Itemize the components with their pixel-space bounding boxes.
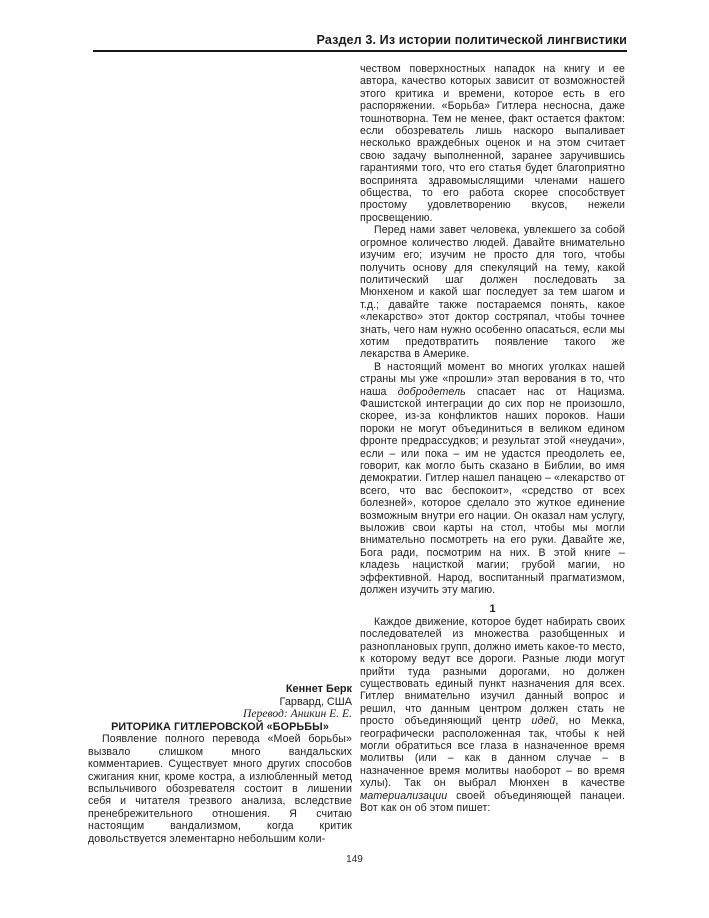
italic-text: добродетель (398, 386, 466, 398)
italic-text: материализации (360, 790, 447, 802)
page-number: 149 (0, 854, 709, 865)
left-column-text: Появление полного перевода «Моей борьбы»… (88, 733, 352, 845)
running-header-title: Раздел 3. Из истории политической лингви… (317, 33, 627, 47)
text-run: спасает нас от Нацизма. Фашистской интег… (360, 386, 625, 597)
journal-page: Раздел 3. Из истории политической лингви… (0, 0, 709, 918)
right-column-text-bottom: Каждое движение, которое будет набирать … (360, 616, 625, 815)
translator-line: Перевод: Аникин Е. Е. (88, 708, 352, 721)
text-run: Каждое движение, которое будет набирать … (360, 616, 625, 727)
section-number: 1 (360, 603, 625, 615)
paragraph: Появление полного перевода «Моей борьбы»… (88, 733, 352, 845)
right-column: чеством поверхностных нападок на книгу и… (360, 63, 625, 845)
left-column: Кеннет Берк Гарвард, США Перевод: Аникин… (88, 63, 352, 845)
paragraph: Перед нами завет человека, увлекшего за … (360, 224, 625, 360)
paragraph: Каждое движение, которое будет набирать … (360, 616, 625, 815)
text-run: чеством поверхностных нападок на книгу и… (360, 63, 625, 224)
two-column-layout: Кеннет Берк Гарвард, США Перевод: Аникин… (88, 63, 625, 845)
running-header: Раздел 3. Из истории политической лингви… (93, 33, 627, 52)
text-run: Перед нами завет человека, увлекшего за … (360, 224, 625, 360)
right-column-text-top: чеством поверхностных нападок на книгу и… (360, 63, 625, 596)
text-run: Появление полного перевода «Моей борьбы»… (88, 733, 352, 844)
author-name: Кеннет Берк (88, 683, 352, 695)
paragraph: чеством поверхностных нападок на книгу и… (360, 63, 625, 224)
article-title: РИТОРИКА ГИТЛЕРОВСКОЙ «БОРЬБЫ» (88, 721, 352, 734)
italic-text: идей (531, 715, 555, 727)
paragraph: В настоящий момент во многих уголках наш… (360, 361, 625, 597)
